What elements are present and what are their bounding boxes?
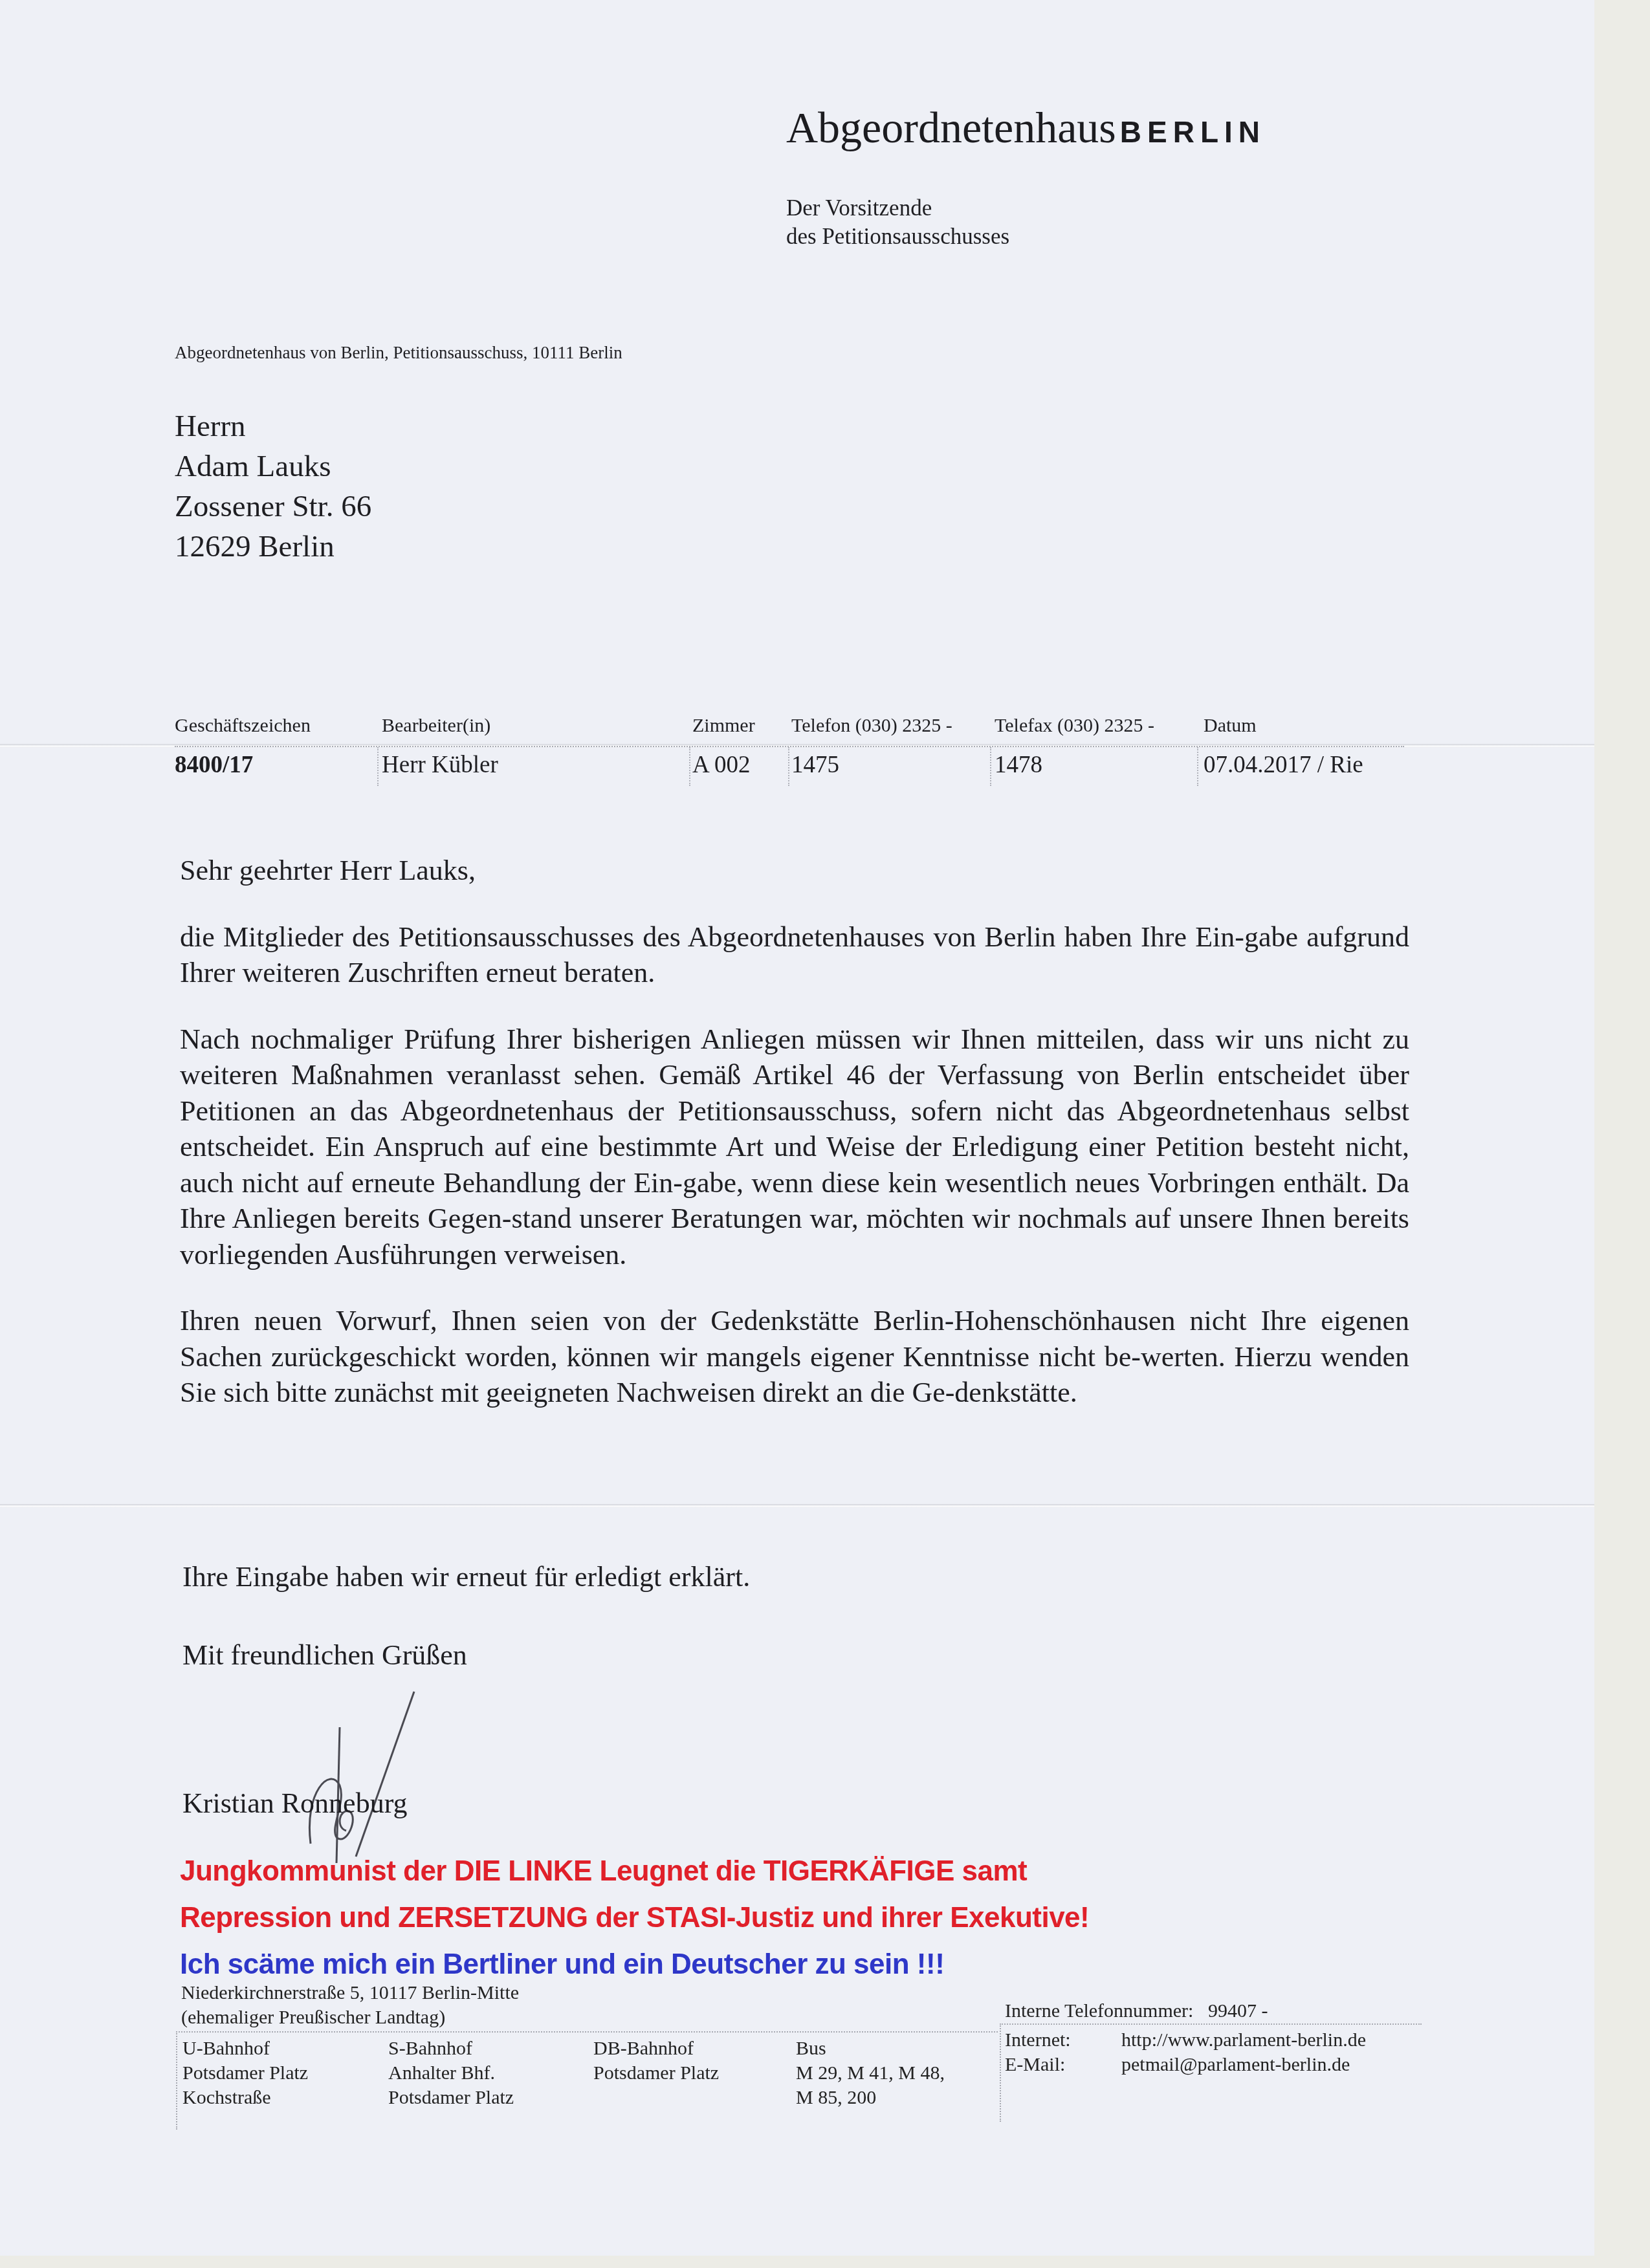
internal-phone-value: 99407 -: [1208, 2000, 1268, 2022]
annotation-line-1: Jungkommunist der DIE LINKE Leugnet die …: [180, 1855, 1027, 1888]
ref-header: Telefon (030) 2325 -: [791, 715, 952, 746]
recipient-address: Herrn Adam Lauks Zossener Str. 66 12629 …: [175, 406, 371, 567]
ref-value: A 002: [692, 751, 755, 779]
conclusion: Ihre Eingabe haben wir erneut für erledi…: [182, 1560, 750, 1593]
divider: [788, 747, 789, 786]
transit-line: M 29, M 41, M 48,: [796, 2061, 945, 2086]
paragraph: die Mitglieder des Petitionsausschusses …: [180, 919, 1409, 991]
institution-city: BERLIN: [1120, 115, 1266, 149]
transit-line: Anhalter Bhf.: [388, 2061, 514, 2086]
transit-label: DB-Bahnhof: [593, 2036, 719, 2061]
salutation: Sehr geehrter Herr Lauks,: [180, 853, 1409, 889]
ref-col-fax: Telefax (030) 2325 - 1478: [995, 715, 1154, 779]
transit-db-bahn: DB-Bahnhof Potsdamer Platz: [593, 2036, 719, 2086]
email-link[interactable]: petmail@parlament-berlin.de: [1121, 2054, 1350, 2075]
closing-greeting: Mit freundlichen Grüßen: [182, 1639, 467, 1672]
divider: [377, 747, 379, 786]
transit-line: Potsdamer Platz: [182, 2061, 308, 2086]
footer-address-line-1: Niederkirchnerstraße 5, 10117 Berlin-Mit…: [181, 1981, 519, 2005]
annotation-line-2: Repression und ZERSETZUNG der STASI-Just…: [180, 1902, 1089, 1934]
ref-value: 1475: [791, 751, 952, 779]
internet-label: Internet:: [1005, 2028, 1121, 2053]
paragraph: Nach nochmaliger Prüfung Ihrer bisherige…: [180, 1021, 1409, 1273]
paragraph: Ihren neuen Vorwurf, Ihnen seien von der…: [180, 1303, 1409, 1411]
footer-address-line-2: (ehemaliger Preußischer Landtag): [181, 2005, 519, 2030]
transit-u-bahn: U-Bahnhof Potsdamer Platz Kochstraße: [182, 2036, 308, 2110]
transit-line: Kochstraße: [182, 2086, 308, 2110]
footer-address: Niederkirchnerstraße 5, 10117 Berlin-Mit…: [181, 1981, 519, 2030]
ref-header: Zimmer: [692, 715, 755, 746]
office-line-2: des Petitionsausschusses: [786, 223, 1009, 251]
letter-body: Sehr geehrter Herr Lauks, die Mitglieder…: [180, 853, 1409, 1441]
ref-header: Telefax (030) 2325 -: [995, 715, 1154, 746]
ref-col-file-number: Geschäftszeichen 8400/17: [175, 715, 311, 779]
fold-line: [0, 1504, 1594, 1508]
office-title: Der Vorsitzende des Petitionsausschusses: [786, 194, 1009, 251]
ref-header: Geschäftszeichen: [175, 715, 311, 746]
sender-return-address: Abgeordnetenhaus von Berlin, Petitionsau…: [175, 343, 622, 363]
email-label: E-Mail:: [1005, 2053, 1121, 2077]
transit-line: Potsdamer Platz: [388, 2086, 514, 2110]
reference-table: Geschäftszeichen 8400/17 Bearbeiter(in) …: [175, 715, 1404, 792]
ref-col-clerk: Bearbeiter(in) Herr Kübler: [382, 715, 498, 779]
annotation-line-3: Ich scäme mich ein Bertliner und ein Deu…: [180, 1948, 944, 1981]
transit-label: U-Bahnhof: [182, 2036, 308, 2061]
ref-header: Bearbeiter(in): [382, 715, 498, 746]
transit-line: M 85, 200: [796, 2086, 945, 2110]
transit-bus: Bus M 29, M 41, M 48, M 85, 200: [796, 2036, 945, 2110]
ref-col-date: Datum 07.04.2017 / Rie: [1204, 715, 1363, 779]
transit-label: Bus: [796, 2036, 945, 2061]
ref-value: 07.04.2017 / Rie: [1204, 751, 1363, 779]
letter-page: AbgeordnetenhausBERLIN Der Vorsitzende d…: [0, 0, 1594, 2256]
recipient-city: 12629 Berlin: [175, 527, 371, 567]
footer-contact: Internet:http://www.parlament-berlin.de …: [1005, 2028, 1366, 2077]
signature-icon: [285, 1688, 453, 1863]
ref-col-phone: Telefon (030) 2325 - 1475: [791, 715, 952, 779]
signatory-name: Kristian Ronneburg: [182, 1787, 408, 1820]
ref-col-room: Zimmer A 002: [692, 715, 755, 779]
recipient-name: Adam Lauks: [175, 446, 371, 486]
letterhead-title: AbgeordnetenhausBERLIN: [786, 102, 1266, 153]
website-link[interactable]: http://www.parlament-berlin.de: [1121, 2029, 1366, 2051]
recipient-street: Zossener Str. 66: [175, 486, 371, 527]
recipient-salutation: Herrn: [175, 406, 371, 446]
office-line-1: Der Vorsitzende: [786, 194, 1009, 223]
transit-line: Potsdamer Platz: [593, 2061, 719, 2086]
ref-value: 1478: [995, 751, 1154, 779]
ref-value: Herr Kübler: [382, 751, 498, 779]
transit-label: S-Bahnhof: [388, 2036, 514, 2061]
internal-phone-label: Interne Telefonnummer:: [1005, 2000, 1193, 2022]
divider: [990, 747, 991, 786]
internal-phone: Interne Telefonnummer: 99407 -: [1005, 1999, 1268, 2023]
divider: [689, 747, 690, 786]
ref-header: Datum: [1204, 715, 1363, 746]
institution-name: Abgeordnetenhaus: [786, 103, 1116, 152]
divider: [1197, 747, 1198, 786]
ref-value: 8400/17: [175, 751, 311, 779]
transit-s-bahn: S-Bahnhof Anhalter Bhf. Potsdamer Platz: [388, 2036, 514, 2110]
